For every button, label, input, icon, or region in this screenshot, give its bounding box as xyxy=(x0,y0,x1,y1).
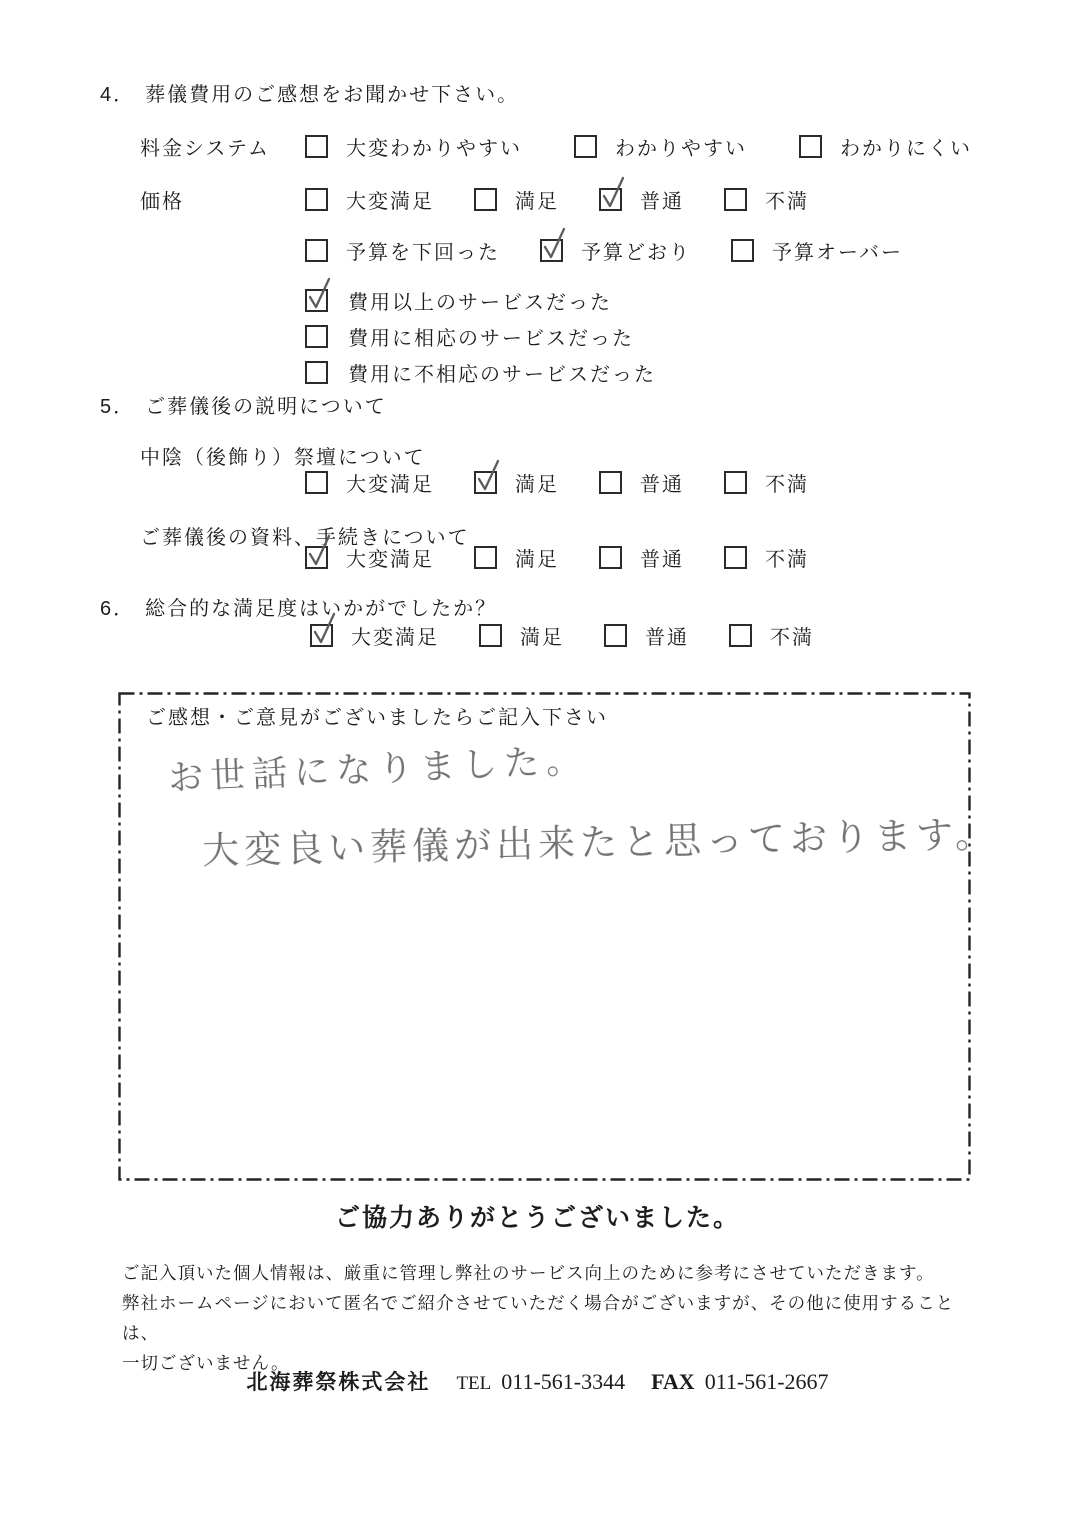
checkbox[interactable] xyxy=(305,361,328,384)
checkbox[interactable] xyxy=(599,188,622,211)
option: わかりやすい xyxy=(574,132,747,161)
fax-number: 011-561-2667 xyxy=(705,1369,829,1395)
option: わかりにくい xyxy=(799,132,972,161)
options-group: 予算を下回った 予算どおり 予算オーバー xyxy=(305,236,903,265)
option: 費用以上のサービスだった xyxy=(305,286,656,315)
option: 普通 xyxy=(604,621,689,650)
check-mark-icon xyxy=(473,457,503,495)
checkbox[interactable] xyxy=(305,546,328,569)
privacy-note: ご記入頂いた個人情報は、厳重に管理し弊社のサービス向上のために参考にさせていただ… xyxy=(122,1258,962,1378)
tel-label: TEL xyxy=(456,1373,491,1395)
checkbox[interactable] xyxy=(310,624,333,647)
checkbox[interactable] xyxy=(479,624,502,647)
option-label: 費用に不相応のサービスだった xyxy=(348,358,656,387)
closing-message: ご協力ありがとうございました。 xyxy=(0,1198,1075,1234)
question-4-title: 葬儀費用のご感想をお聞かせ下さい。 xyxy=(145,78,519,107)
checkbox[interactable] xyxy=(305,135,328,158)
option: 普通 xyxy=(599,468,684,497)
option: 費用に相応のサービスだった xyxy=(305,322,656,351)
option-label: 不満 xyxy=(770,621,814,650)
question-5-heading: 5． ご葬儀後の説明について xyxy=(100,390,387,419)
option: 予算を下回った xyxy=(305,236,500,265)
option-label: 満足 xyxy=(515,468,559,497)
footer-tel: TEL 011-561-3344 xyxy=(456,1369,625,1395)
options-group: 大変満足 満足 普通 不満 xyxy=(305,185,809,214)
option: 大変満足 xyxy=(310,621,439,650)
footer-fax: FAX 011-561-2667 xyxy=(651,1369,828,1395)
question-4-heading: 4． 葬儀費用のご感想をお聞かせ下さい。 xyxy=(100,78,519,107)
option-label: 普通 xyxy=(640,543,684,572)
option-label: 大変わかりやすい xyxy=(346,132,522,161)
question-5-number: 5． xyxy=(100,390,135,419)
checkbox[interactable] xyxy=(724,471,747,494)
fax-label: FAX xyxy=(651,1369,695,1395)
rating-row-documents: 大変満足 満足 普通 不満 xyxy=(305,543,809,572)
option: 普通 xyxy=(599,185,684,214)
option: 予算どおり xyxy=(540,236,691,265)
options-group: 大変わかりやすい わかりやすい わかりにくい xyxy=(305,132,972,161)
option: 大変満足 xyxy=(305,185,434,214)
footer: 北海葬祭株式会社 TEL 011-561-3344 FAX 011-561-26… xyxy=(0,1366,1075,1396)
option: 大変わかりやすい xyxy=(305,132,522,161)
option: 予算オーバー xyxy=(731,236,903,265)
option-label: 満足 xyxy=(515,543,559,572)
option-label: 普通 xyxy=(640,185,684,214)
question-6-title: 総合的な満足度はいかがでしたか？ xyxy=(145,592,497,621)
question-6-heading: 6． 総合的な満足度はいかがでしたか？ xyxy=(100,592,497,621)
rating-row-overall: 大変満足 満足 普通 不満 xyxy=(310,621,814,650)
rating-row-altar: 大変満足 満足 普通 不満 xyxy=(305,468,809,497)
option: 大変満足 xyxy=(305,468,434,497)
rating-row-fee-system: 料金システム 大変わかりやすい わかりやすい わかりにくい xyxy=(140,132,972,161)
option-label: 予算オーバー xyxy=(772,236,903,265)
question-6-number: 6． xyxy=(100,592,135,621)
row-label: 価格 xyxy=(140,185,305,214)
option-label: 費用に相応のサービスだった xyxy=(348,322,634,351)
option-label: わかりにくい xyxy=(840,132,972,161)
option-label: わかりやすい xyxy=(615,132,747,161)
check-mark-icon xyxy=(598,174,628,212)
option-label: 普通 xyxy=(640,468,684,497)
row-label: 料金システム xyxy=(140,132,305,161)
options-group: 大変満足 満足 普通 不満 xyxy=(305,468,809,497)
check-mark-icon xyxy=(539,225,569,263)
option-label: 普通 xyxy=(645,621,689,650)
option: 普通 xyxy=(599,543,684,572)
checkbox[interactable] xyxy=(305,471,328,494)
option: 不満 xyxy=(729,621,814,650)
checkbox[interactable] xyxy=(574,135,597,158)
checkbox[interactable] xyxy=(799,135,822,158)
options-group: 大変満足 満足 普通 不満 xyxy=(310,621,814,650)
question-5-title: ご葬儀後の説明について xyxy=(145,390,387,419)
option-label: 大変満足 xyxy=(351,621,439,650)
tel-number: 011-561-3344 xyxy=(501,1369,625,1395)
option: 不満 xyxy=(724,185,809,214)
option-label: 費用以上のサービスだった xyxy=(348,286,612,315)
checkbox[interactable] xyxy=(724,188,747,211)
option: 満足 xyxy=(474,468,559,497)
option-label: 大変満足 xyxy=(346,468,434,497)
option: 満足 xyxy=(474,185,559,214)
checkbox[interactable] xyxy=(604,624,627,647)
privacy-note-line: 弊社ホームページにおいて匿名でご紹介させていただく場合がございますが、その他に使… xyxy=(122,1288,962,1348)
checkbox[interactable] xyxy=(599,471,622,494)
check-mark-icon xyxy=(304,275,334,313)
checkbox[interactable] xyxy=(474,188,497,211)
option-label: 不満 xyxy=(765,185,809,214)
option-label: 予算どおり xyxy=(581,236,691,265)
option: 不満 xyxy=(724,468,809,497)
comment-box: ご感想・ご意見がございましたらご記入下さい お世話になりました。 大変良い葬儀が… xyxy=(118,692,971,1181)
footer-company-name: 北海葬祭株式会社 xyxy=(246,1366,430,1396)
rating-row-price: 価格 大変満足 満足 普通 不満 xyxy=(140,185,809,214)
option: 不満 xyxy=(724,543,809,572)
option-label: 大変満足 xyxy=(346,543,434,572)
option-label: 満足 xyxy=(520,621,564,650)
option-label: 予算を下回った xyxy=(346,236,500,265)
checkbox[interactable] xyxy=(599,546,622,569)
subsection-label-altar: 中陰（後飾り）祭壇について xyxy=(140,441,426,470)
checkbox[interactable] xyxy=(540,239,563,262)
checkbox[interactable] xyxy=(305,289,328,312)
checkbox[interactable] xyxy=(729,624,752,647)
privacy-note-line: ご記入頂いた個人情報は、厳重に管理し弊社のサービス向上のために参考にさせていただ… xyxy=(122,1258,962,1288)
option: 大変満足 xyxy=(305,543,434,572)
checkbox[interactable] xyxy=(731,239,754,262)
service-value-options: 費用以上のサービスだった 費用に相応のサービスだった 費用に不相応のサービスだっ… xyxy=(305,286,656,387)
option-label: 満足 xyxy=(515,185,559,214)
checkbox[interactable] xyxy=(305,239,328,262)
question-4-number: 4． xyxy=(100,78,135,107)
option-label: 大変満足 xyxy=(346,185,434,214)
checkbox[interactable] xyxy=(305,325,328,348)
option: 満足 xyxy=(474,543,559,572)
checkbox[interactable] xyxy=(474,471,497,494)
option: 費用に不相応のサービスだった xyxy=(305,358,656,387)
option: 満足 xyxy=(479,621,564,650)
checkbox[interactable] xyxy=(305,188,328,211)
comment-box-header: ご感想・ご意見がございましたらご記入下さい xyxy=(146,701,608,730)
option-label: 不満 xyxy=(765,468,809,497)
options-group: 大変満足 満足 普通 不満 xyxy=(305,543,809,572)
checkbox[interactable] xyxy=(724,546,747,569)
checkbox[interactable] xyxy=(474,546,497,569)
rating-row-budget: 予算を下回った 予算どおり 予算オーバー xyxy=(305,236,903,265)
option-label: 不満 xyxy=(765,543,809,572)
